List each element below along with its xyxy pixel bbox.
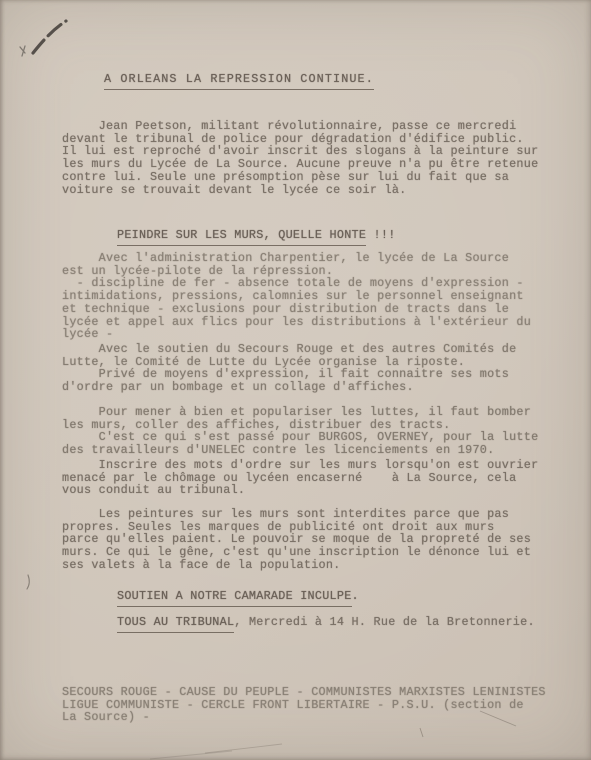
- paragraph-intro: Jean Peetson, militant révolutionnaire, …: [62, 120, 538, 196]
- section-heading-walls-underlined: PEINDRE SUR LES MURS, QUELLE HONTE: [117, 228, 366, 246]
- section-heading-walls-exclamations: !!!: [366, 228, 395, 242]
- pen-stroke-left-margin: [27, 575, 29, 589]
- section-heading-soutien-period: .: [352, 589, 359, 603]
- tribunal-call-underlined: TOUS AU TRIBUNAL: [117, 615, 234, 633]
- paragraph-tribunal-warning: Inscrire des mots d'ordre sur les murs l…: [62, 459, 538, 497]
- section-heading-soutien-underlined: SOUTIEN A NOTRE CAMARADE INCULPE: [117, 589, 352, 607]
- paragraph-populariser: Pour mener à bien et populariser les lut…: [62, 406, 538, 457]
- footer-signatories: SECOURS ROUGE - CAUSE DU PEUPLE - COMMUN…: [62, 686, 546, 724]
- scratch-tick-right: [420, 728, 423, 737]
- page-title: A ORLEANS LA REPRESSION CONTINUE.: [104, 73, 374, 86]
- scanned-leaflet-page: A ORLEANS LA REPRESSION CONTINUE. Jean P…: [0, 0, 591, 760]
- section-heading-walls: PEINDRE SUR LES MURS, QUELLE HONTE !!!: [117, 229, 396, 242]
- pen-tick-top-left: [20, 46, 25, 56]
- pen-stroke-top-left: [33, 21, 66, 53]
- paragraph-administration: Avec l'administration Charpentier, le ly…: [62, 252, 531, 341]
- scratch-mark-bottom-2: [150, 751, 232, 759]
- tribunal-call-details: , Mercredi à 14 H. Rue de la Bretonnerie…: [234, 615, 535, 629]
- scratch-mark-bottom: [205, 744, 282, 753]
- paragraph-publicite: Les peintures sur les murs sont interdit…: [62, 508, 531, 572]
- section-heading-soutien: SOUTIEN A NOTRE CAMARADE INCULPE.: [117, 590, 359, 603]
- paragraph-riposte: Avec le soutien du Secours Rouge et des …: [62, 343, 516, 394]
- tribunal-call-line: TOUS AU TRIBUNAL, Mercredi à 14 H. Rue d…: [117, 616, 535, 629]
- page-title-text: A ORLEANS LA REPRESSION CONTINUE.: [104, 72, 374, 90]
